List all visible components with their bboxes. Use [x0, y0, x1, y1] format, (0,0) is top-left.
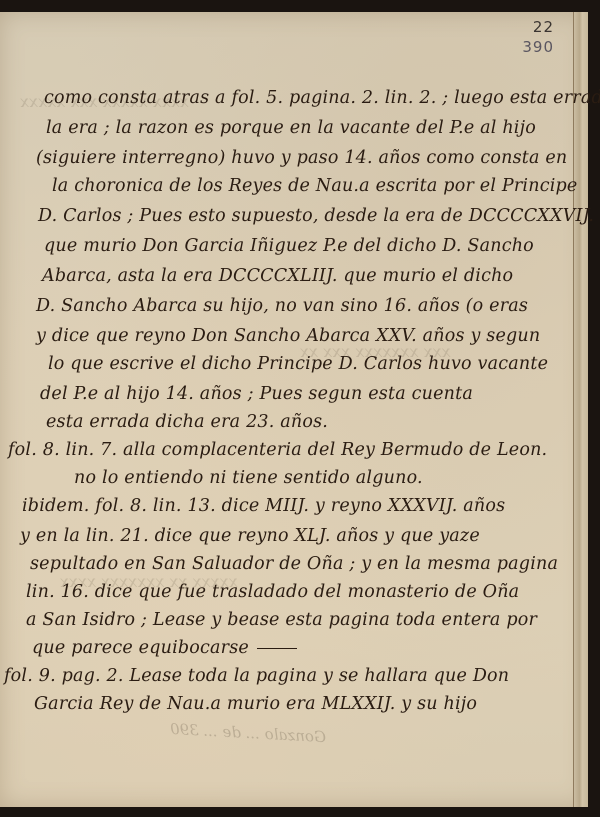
text-line: fol. 8. lin. 7. alla complacenteria del … [8, 440, 547, 460]
text-line: la choronica de los Reyes de Nau.a escri… [52, 176, 577, 196]
text-line: D. Sancho Abarca su hijo, no van sino 16… [36, 296, 528, 316]
folio-number-ink: 22 [533, 18, 554, 36]
text-line: como consta atras a fol. 5. pagina. 2. l… [44, 88, 600, 108]
text-line: lo que escrive el dicho Principe D. Carl… [48, 354, 548, 374]
folio-number-pencil: 390 [522, 38, 554, 56]
manuscript-scan: 22 390 xxxx xxxxx xxx xxxxx xxx xxxxxxx … [0, 0, 600, 817]
text-line: Garcia Rey de Nau.a murio era MLXXIJ. y … [34, 694, 477, 714]
bottom-bleed-through: Gonzalo ... de ... 390 [170, 720, 327, 746]
text-line: Abarca, asta la era DCCCCXLIIJ. que muri… [42, 266, 513, 286]
text-line: no lo entiendo ni tiene sentido alguno. [74, 468, 423, 488]
text-line: que parece equibocarse [32, 638, 297, 658]
text-line: fol. 9. pag. 2. Lease toda la pagina y s… [4, 666, 509, 686]
text-line: la era ; la razon es porque en la vacant… [46, 118, 536, 138]
text-line: y dice que reyno Don Sancho Abarca XXV. … [36, 326, 540, 346]
text-line: y en la lin. 21. dice que reyno XLJ. año… [20, 526, 480, 546]
text-line: del P.e al hijo 14. años ; Pues segun es… [40, 384, 473, 404]
text-line: lin. 16. dice que fue trasladado del mon… [26, 582, 519, 602]
text-line: ibidem. fol. 8. lin. 13. dice MIIJ. y re… [22, 496, 505, 516]
text-line: D. Carlos ; Pues esto supuesto, desde la… [38, 206, 594, 226]
text-line: (siguiere interregno) huvo y paso 14. añ… [36, 148, 567, 168]
page-edge [573, 12, 588, 807]
text-line: esta errada dicha era 23. años. [46, 412, 328, 432]
text-line-content: que parece equibocarse [32, 638, 249, 658]
text-line: que murio Don Garcia Iñiguez P.e del dic… [44, 236, 534, 256]
manuscript-page: 22 390 xxxx xxxxx xxx xxxxx xxx xxxxxxx … [0, 12, 588, 807]
closing-rule [257, 648, 297, 649]
text-line: a San Isidro ; Lease y bease esta pagina… [26, 610, 537, 630]
text-line: sepultado en San Saluador de Oña ; y en … [30, 554, 558, 574]
